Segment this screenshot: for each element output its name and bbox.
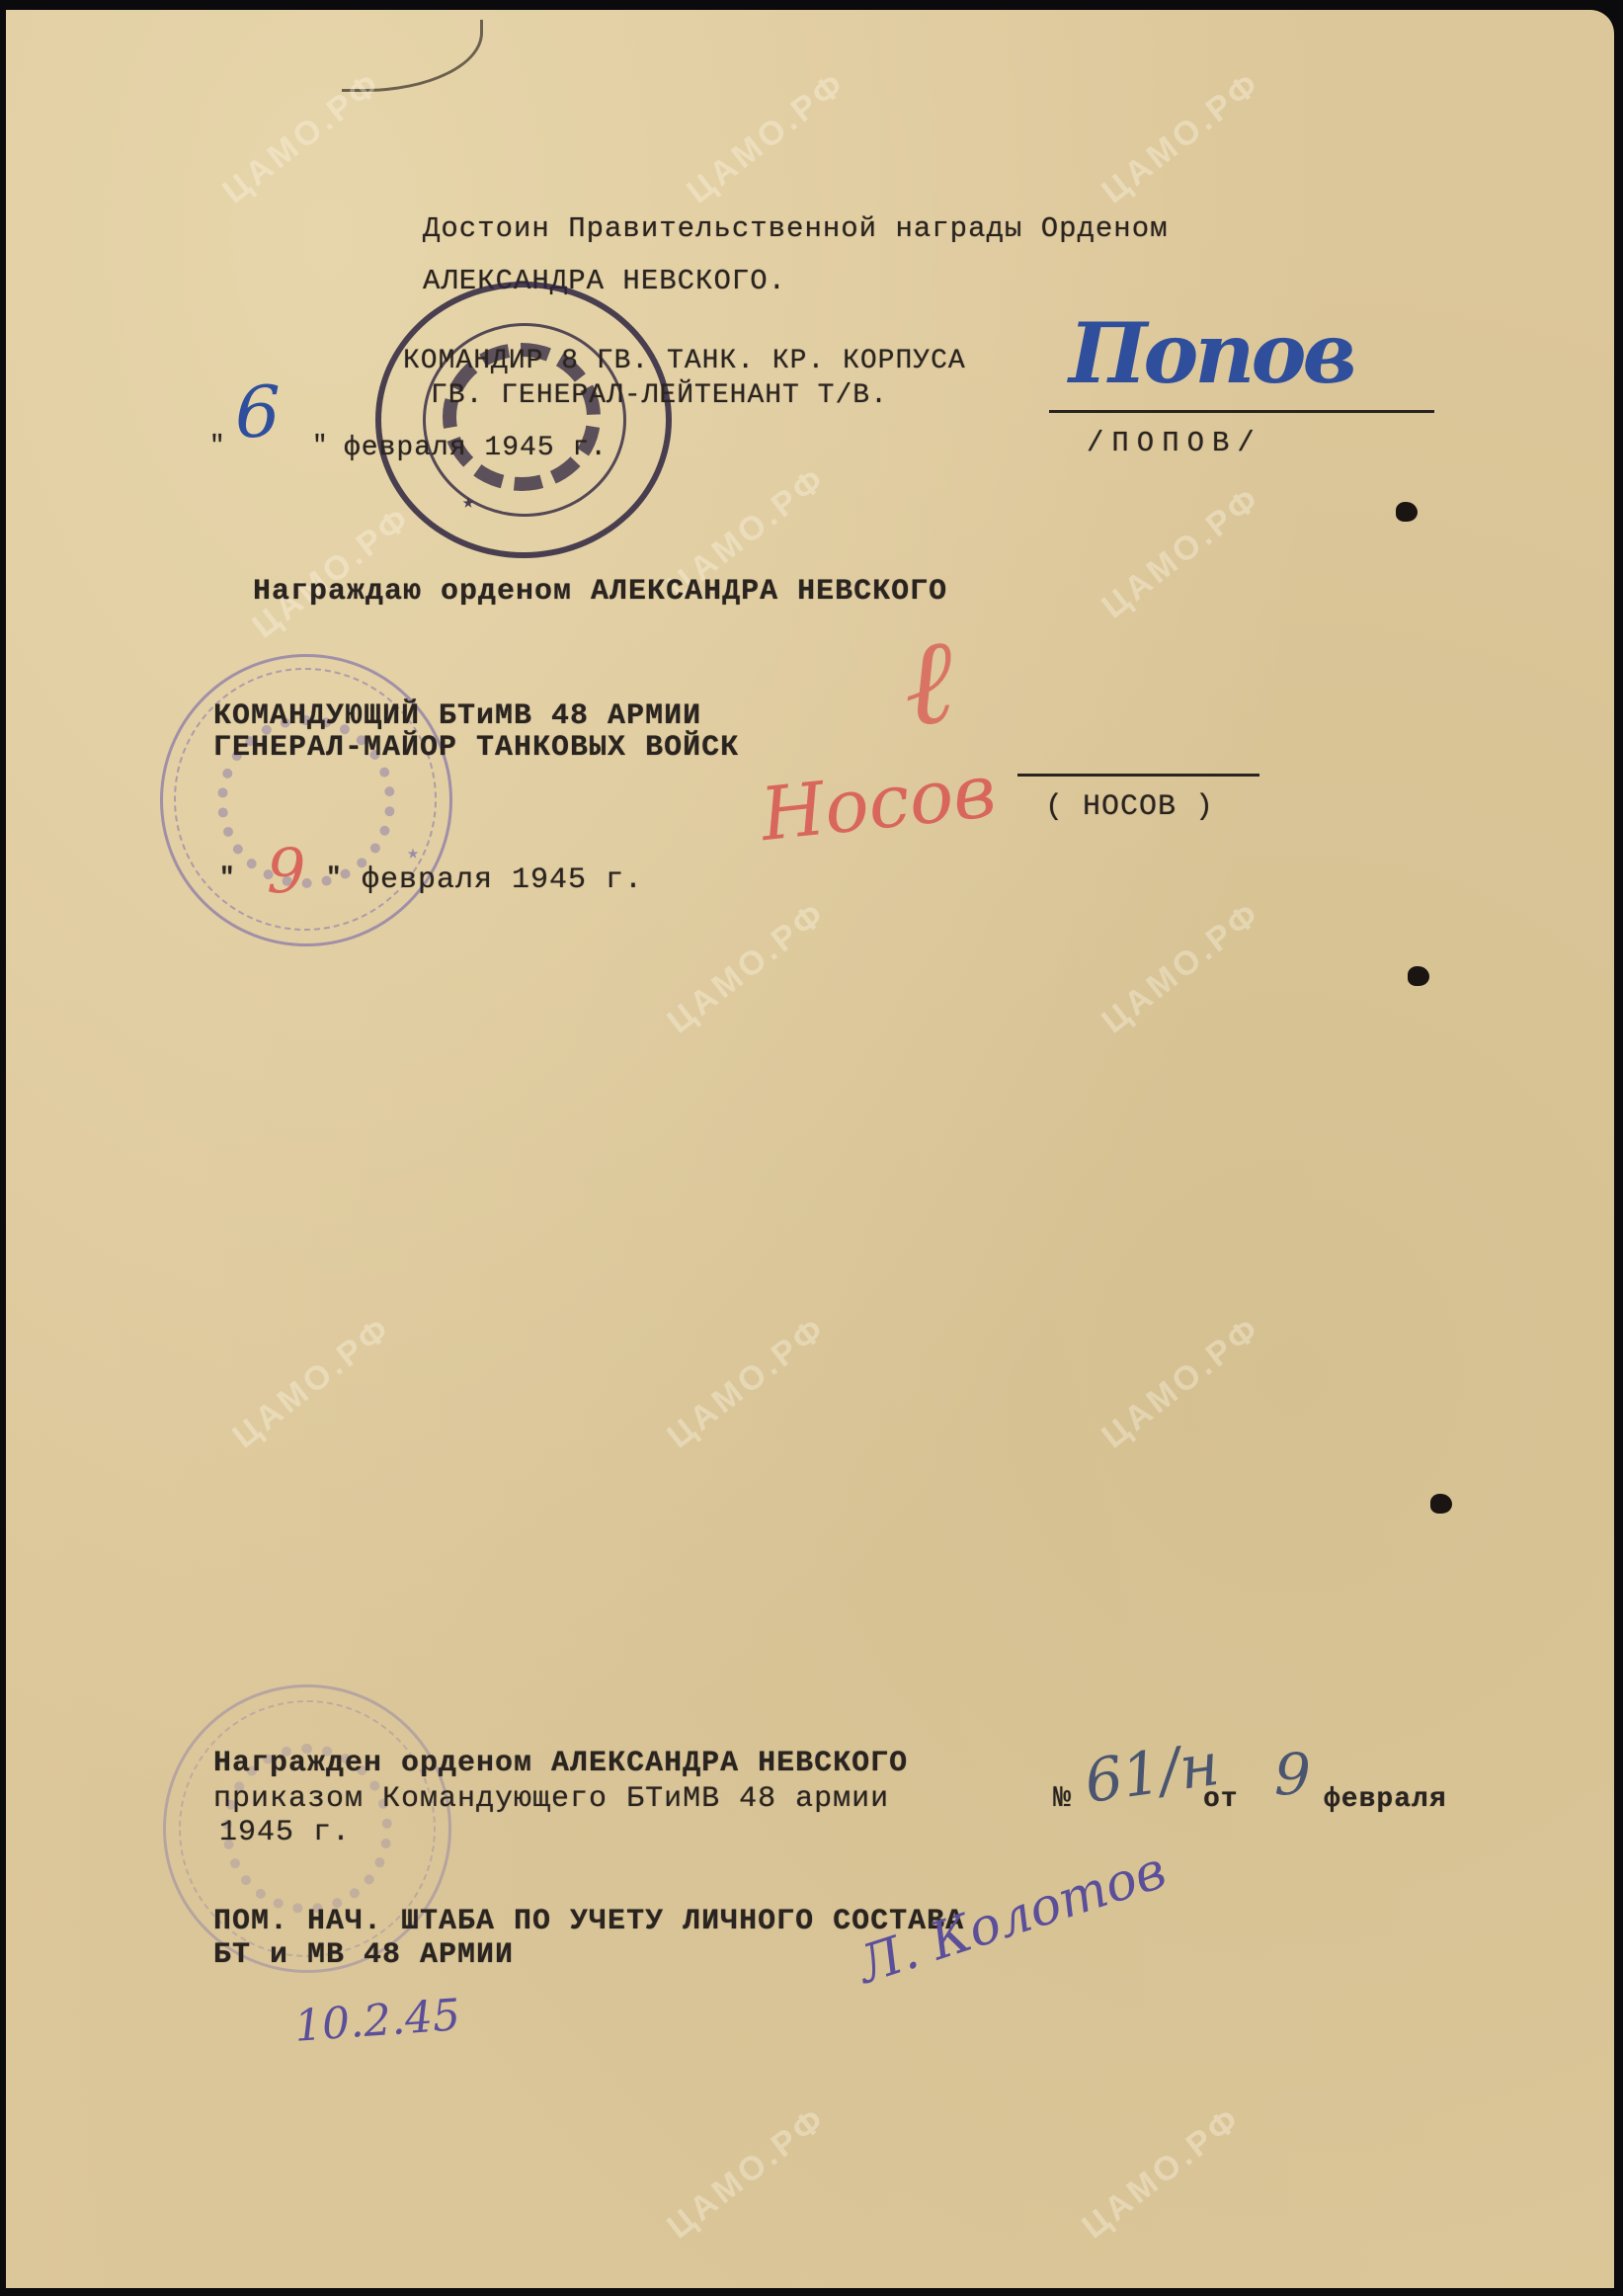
punch-hole <box>1430 1494 1452 1514</box>
army-date-month-year: февраля 1945 г. <box>362 863 643 897</box>
army-commander-name: ( НОСОВ ) <box>1045 790 1214 824</box>
award-record-line-3: 1945 г. <box>219 1816 351 1849</box>
award-decision: Награждаю орденом АЛЕКСАНДРА НЕВСКОГО <box>253 575 947 609</box>
army-commander-title-line-1: КОМАНДУЮЩИЙ БТиМВ 48 АРМИИ <box>213 699 701 733</box>
paper-tear <box>342 20 483 92</box>
army-date-close-quote: " <box>326 862 343 892</box>
corps-commander-title-line-1: КОМАНДИР 8 ГВ. ТАНК. КР. КОРПУСА <box>403 346 966 376</box>
award-record-line-1: Награжден орденом АЛЕКСАНДРА НЕВСКОГО <box>213 1747 908 1780</box>
order-number-label: № <box>1053 1782 1072 1816</box>
staff-officer-title-line-2: БТ и МВ 48 АРМИИ <box>213 1938 514 1972</box>
order-date-month: февраля <box>1324 1784 1447 1815</box>
order-date-day: 9 <box>1274 1741 1311 1808</box>
recommendation-line-1: Достоин Правительственной награды Ордено… <box>423 212 1169 245</box>
punch-hole <box>1396 502 1418 522</box>
corps-date-close-quote: " <box>312 431 329 460</box>
signature-line <box>1049 410 1434 413</box>
order-date-prefix: от <box>1203 1784 1239 1815</box>
corps-commander-signature: Попов <box>1069 304 1353 402</box>
staff-officer-title-line-1: ПОМ. НАЧ. ШТАБА ПО УЧЕТУ ЛИЧНОГО СОСТАВА <box>213 1905 964 1938</box>
corps-date-day: 6 <box>235 370 281 453</box>
corps-date-open-quote: " <box>209 431 226 460</box>
corps-date-month-year: февраля 1945 г. <box>344 433 608 463</box>
army-date-open-quote: " <box>219 862 236 892</box>
award-record-line-2: приказом Командующего БТиМВ 48 армии <box>213 1782 889 1816</box>
punch-hole <box>1408 966 1429 986</box>
corps-commander-name: /ПОПОВ/ <box>1087 427 1262 459</box>
army-date-day: 9 <box>267 835 305 907</box>
signature-flourish: ℓ <box>899 613 958 753</box>
corps-commander-title-line-2: ГВ. ГЕНЕРАЛ-ЛЕЙТЕНАНТ Т/В. <box>431 380 888 411</box>
signature-line <box>1017 774 1259 777</box>
recommendation-line-2: АЛЕКСАНДРА НЕВСКОГО. <box>423 265 786 297</box>
army-commander-title-line-2: ГЕНЕРАЛ-МАЙОР ТАНКОВЫХ ВОЙСК <box>213 731 739 765</box>
